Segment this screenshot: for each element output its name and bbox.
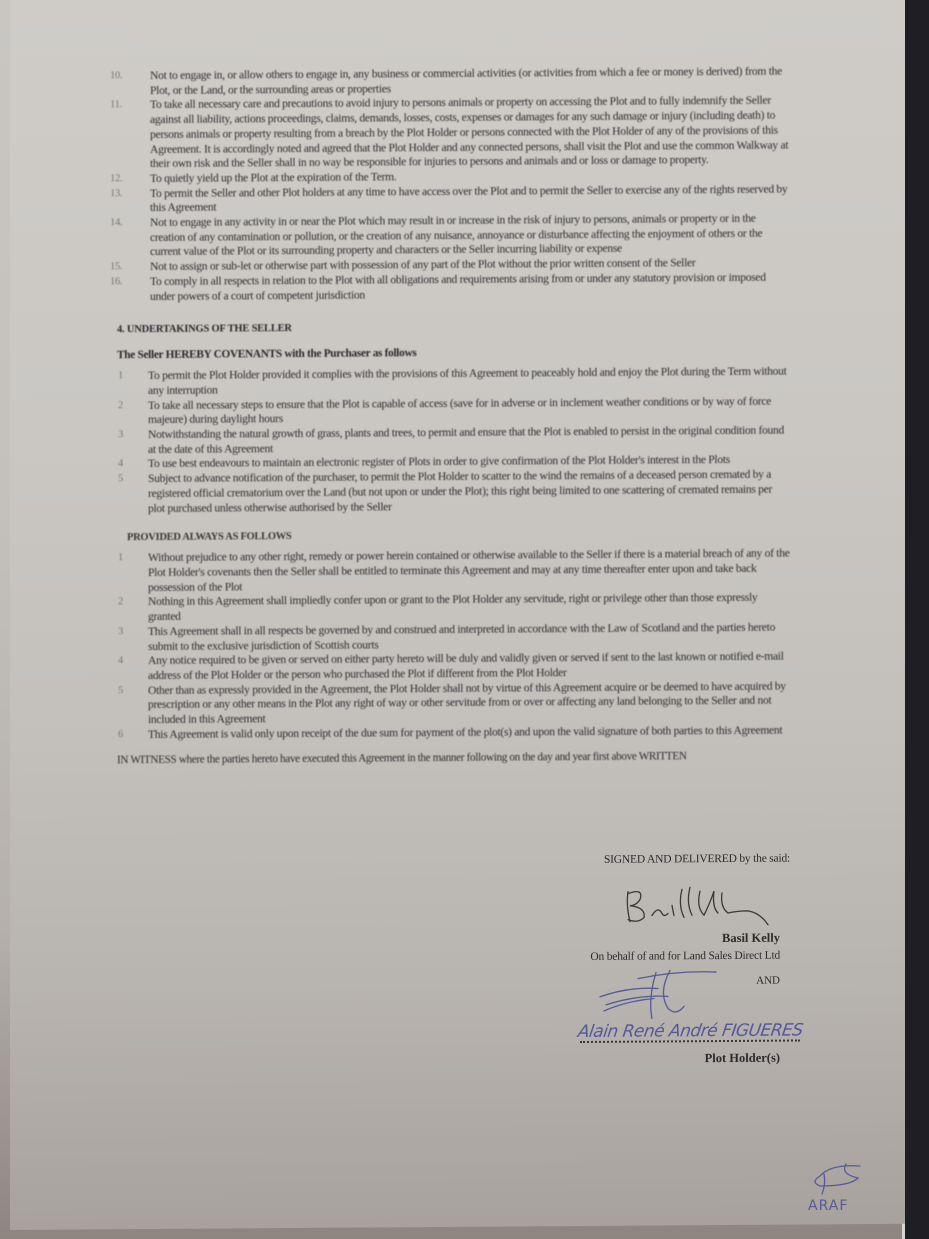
clause-number: 4 — [118, 458, 140, 473]
clause-number: 1 — [118, 551, 140, 566]
clause-item: 5Other than as expressly provided in the… — [10, 678, 905, 728]
clause-number: 2 — [118, 595, 140, 610]
clause-number: 11. — [110, 99, 132, 114]
clause-text: Notwithstanding the natural growth of gr… — [148, 424, 784, 456]
clause-text: Nothing in this Agreement shall impliedl… — [148, 591, 757, 623]
seller-name: Basil Kelly — [722, 931, 780, 946]
clause-text: To permit the Seller and other Plot hold… — [150, 182, 787, 214]
binder-cover — [905, 0, 929, 1239]
clause-text: To comply in all respects in relation to… — [150, 271, 766, 303]
clause-number: 5 — [118, 472, 140, 487]
clause-item: 5Subject to advance notification of the … — [10, 467, 905, 517]
clause-text: Not to engage in any activity in or near… — [150, 212, 762, 259]
clause-number: 14. — [110, 216, 132, 231]
clause-item: 1Without prejudice to any other right, r… — [10, 546, 905, 596]
clause-number: 15. — [110, 260, 132, 275]
clause-text: Not to engage in, or allow others to eng… — [150, 65, 782, 97]
clause-number: 13. — [110, 187, 132, 202]
proviso-clauses: 1Without prejudice to any other right, r… — [10, 546, 905, 743]
witness-statement: IN WITNESS where the parties hereto have… — [117, 749, 905, 767]
clause-number: 2 — [118, 399, 140, 414]
initials-text: ARAF — [808, 1198, 848, 1214]
clause-number: 5 — [118, 684, 140, 699]
proviso-heading: PROVIDED ALWAYS AS FOLLOWS — [127, 527, 905, 543]
document-page: 10.Not to engage in, or allow others to … — [10, 0, 905, 1230]
purchaser-clauses: 10.Not to engage in, or allow others to … — [10, 64, 905, 305]
signed-delivered-line: SIGNED AND DELIVERED by the said: — [604, 853, 790, 866]
section-heading-seller: 4. UNDERTAKINGS OF THE SELLER — [117, 319, 905, 336]
clause-number: 6 — [118, 728, 140, 743]
document-content: 10.Not to engage in, or allow others to … — [10, 64, 905, 768]
seller-covenant-heading: The Seller HEREBY COVENANTS with the Pur… — [117, 344, 905, 362]
holder-signature-icon — [598, 968, 718, 1024]
clause-text: To take all necessary care and precautio… — [150, 94, 788, 170]
clause-text: Any notice required to be given or serve… — [148, 650, 784, 682]
and-label: AND — [756, 975, 780, 987]
clause-text: Without prejudice to any other right, re… — [148, 547, 790, 594]
clause-number: 4 — [118, 654, 140, 669]
plot-holder-label: Plot Holder(s) — [705, 1051, 780, 1067]
seller-signature-icon — [610, 883, 780, 929]
clause-text: Subject to advance notification of the p… — [148, 468, 772, 515]
clause-text: To permit the Plot Holder provided it co… — [148, 365, 787, 397]
holder-name-line: Alain René André FIGUERES — [578, 1020, 878, 1048]
clause-text: To quietly yield up the Plot at the expi… — [150, 170, 396, 185]
clause-item: 11.To take all necessary care and precau… — [10, 93, 905, 173]
clause-text: This Agreement shall in all respects be … — [148, 620, 775, 652]
clause-number: 1 — [118, 369, 140, 384]
clause-text: Other than as expressly provided in the … — [148, 679, 786, 726]
clause-number: 3 — [118, 625, 140, 640]
clause-item: 16.To comply in all respects in relation… — [10, 270, 905, 306]
clause-number: 3 — [118, 428, 140, 443]
clause-number: 16. — [110, 275, 132, 290]
signature-block: SIGNED AND DELIVERED by the said: Basil … — [510, 852, 810, 854]
clause-text: To take all necessary steps to ensure th… — [148, 394, 771, 426]
seller-clauses: 1To permit the Plot Holder provided it c… — [10, 364, 905, 517]
clause-number: 10. — [110, 69, 132, 84]
clause-item: 14.Not to engage in any activity in or n… — [10, 211, 905, 261]
seller-behalf-line: On behalf of and for Land Sales Direct L… — [590, 950, 780, 963]
clause-number: 12. — [110, 172, 132, 187]
dotted-signature-line — [580, 1039, 800, 1043]
